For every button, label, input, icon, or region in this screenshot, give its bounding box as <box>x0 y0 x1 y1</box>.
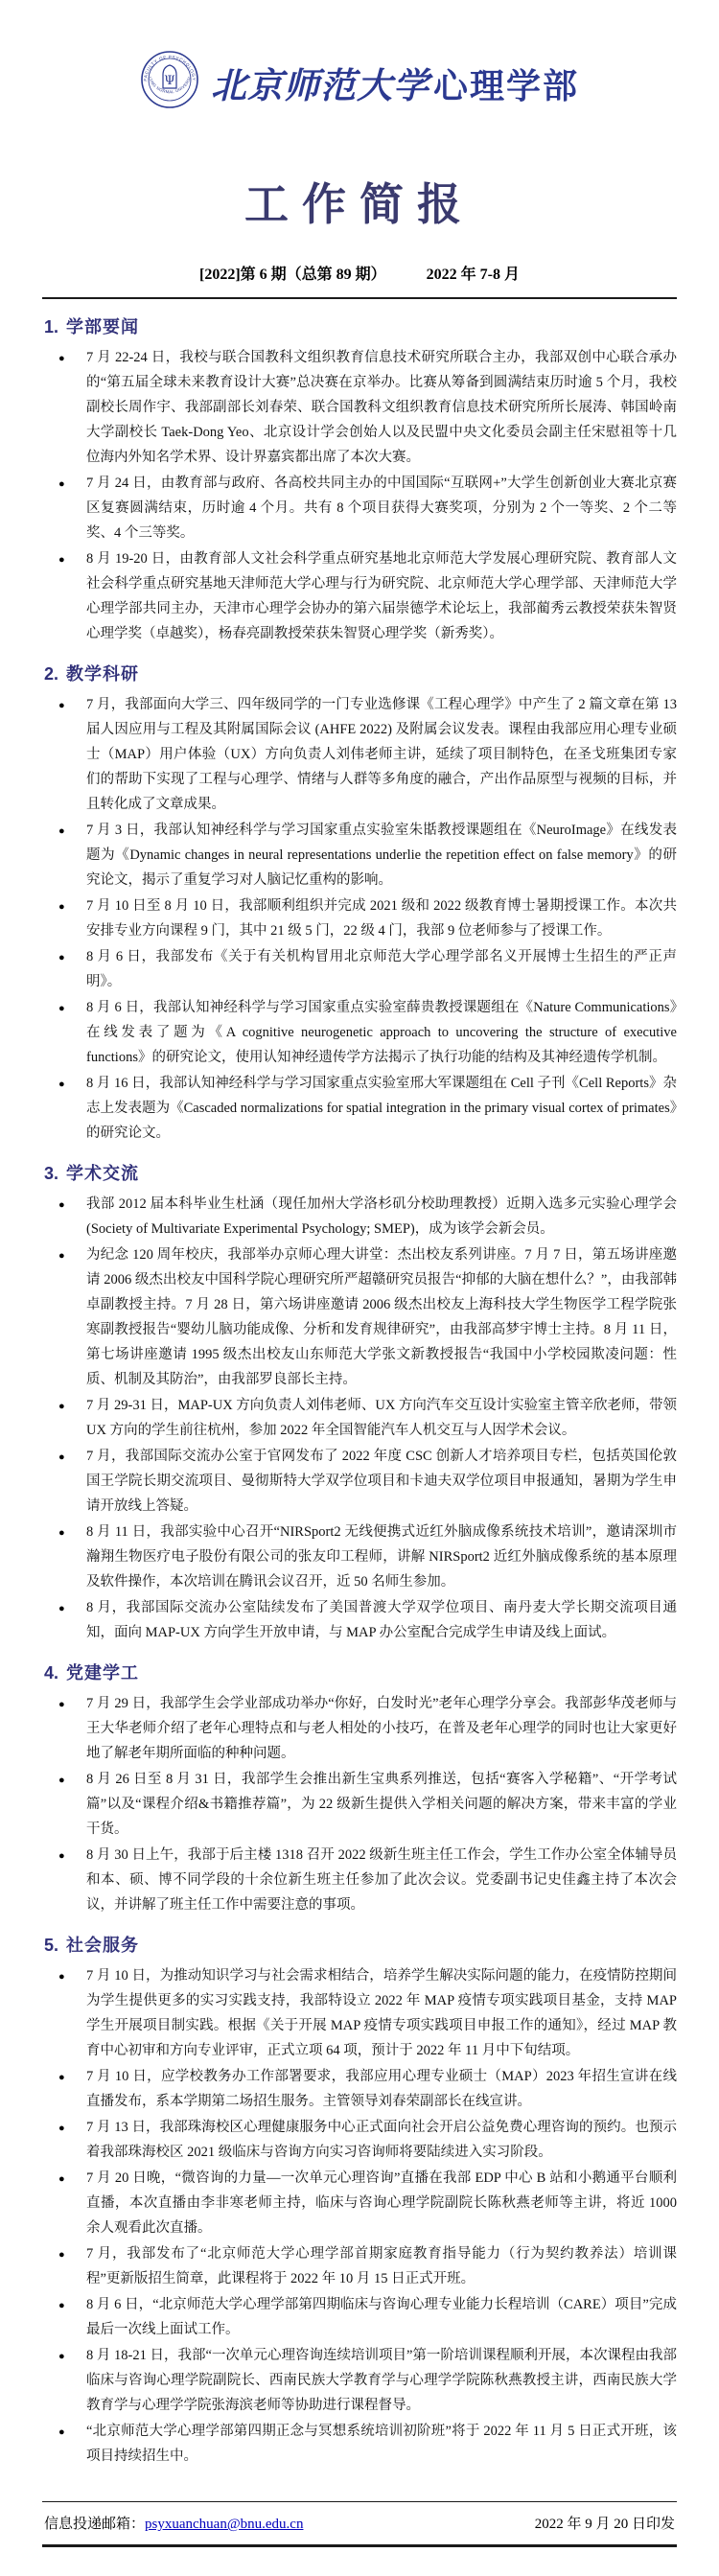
list-item-text: 为纪念 120 周年校庆，我部举办京师心理大讲堂：杰出校友系列讲座。7 月 7 … <box>86 1247 677 1387</box>
brand-bold-text: 心理学部 <box>433 67 579 106</box>
section-number: 4. <box>44 1663 58 1683</box>
list-item: ● 8 月 16 日，我部认知神经科学与学习国家重点实验室邢大军课题组在 Cel… <box>42 1071 677 1146</box>
list-item: ● 为纪念 120 周年校庆，我部举办京师心理大讲堂：杰出校友系列讲座。7 月 … <box>42 1242 677 1392</box>
list-item: ● 7 月 22-24 日，我校与联合国教科文组织教育信息技术研究所联合主办，我… <box>42 345 677 470</box>
section-title: 学术交流 <box>66 1164 139 1183</box>
section-number: 1. <box>44 317 58 337</box>
section-heading-jiaoxue-keyan: 2.教学科研 <box>44 661 677 685</box>
list-item-text: 8 月 6 日，“北京师范大学心理学部第四期临床与咨询心理专业能力长程培训（CA… <box>86 2297 677 2337</box>
list-item: ● 8 月 19-20 日，由教育部人文社会科学重点研究基地北京师范大学发展心理… <box>42 546 677 646</box>
list-item: ● 8 月 6 日，我部发布《关于有关机构冒用北京师范大学心理学部名义开展博士生… <box>42 944 677 994</box>
list-item-text: 8 月 18-21 日，我部“一次单元心理咨询连续培训项目”第一阶培训课程顺利开… <box>86 2348 677 2413</box>
list-item-text: 8 月 19-20 日，由教育部人文社会科学重点研究基地北京师范大学发展心理研究… <box>86 551 677 641</box>
masthead: FACULTY OF PSYCHOLOGY BEIJING NORMAL UNI… <box>42 50 677 114</box>
list-item-text: 7 月 29 日，我部学生会学业部成功举办“你好，白发时光”老年心理学分享会。我… <box>86 1696 677 1761</box>
bullet-icon: ● <box>58 1692 65 1717</box>
list-item: ● 7 月，我部面向大学三、四年级同学的一门专业选修课《工程心理学》中产生了 2… <box>42 692 677 817</box>
list-item: ● 7 月，我部发布了“北京师范大学心理学部首期家庭教育指导能力（行为契约教养法… <box>42 2241 677 2291</box>
list-item-text: 8 月 6 日，我部认知神经科学与学习国家重点实验室薛贵教授课题组在《Natur… <box>86 1000 677 1065</box>
print-date: 2022 年 9 月 20 日印发 <box>535 2513 675 2533</box>
issue-line: [2022]第 6 期（总第 89 期） 2022 年 7-8 月 <box>42 262 677 284</box>
bullet-icon: ● <box>58 996 65 1021</box>
bullet-icon: ● <box>58 547 65 572</box>
list-item-text: 8 月，我部国际交流办公室陆续发布了美国普渡大学双学位项目、南丹麦大学长期交流项… <box>86 1600 677 1640</box>
bullet-icon: ● <box>58 2065 65 2090</box>
footer: 信息投递邮箱：psyxuanchuan@bnu.edu.cn 2022 年 9 … <box>42 2502 677 2544</box>
footer-divider-thick <box>42 2544 677 2547</box>
list-item: ● 7 月 10 日，应学校教务办工作部署要求，我部应用心理专业硕士（MAP）2… <box>42 2064 677 2114</box>
list-item: ● 7 月 29-31 日，MAP-UX 方向负责人刘伟老师、UX 方向汽车交互… <box>42 1393 677 1443</box>
bullet-icon: ● <box>58 472 65 497</box>
bullet-icon: ● <box>58 346 65 371</box>
bullet-icon: ● <box>58 2420 65 2445</box>
bullet-icon: ● <box>58 2167 65 2192</box>
section-heading-dangjian-xuegong: 4.党建学工 <box>44 1659 677 1684</box>
bullet-icon: ● <box>58 2116 65 2141</box>
list-item-text: 8 月 30 日上午，我部于后主楼 1318 召开 2022 级新生班主任工作会… <box>86 1847 677 1913</box>
list-item-text: 7 月 10 日，应学校教务办工作部署要求，我部应用心理专业硕士（MAP）202… <box>86 2069 677 2109</box>
list-item: ● 7 月 13 日，我部珠海校区心理健康服务中心正式面向社会开启公益免费心理咨… <box>42 2115 677 2165</box>
list-item: ● 8 月，我部国际交流办公室陆续发布了美国普渡大学双学位项目、南丹麦大学长期交… <box>42 1595 677 1645</box>
list-item: ● “北京师范大学心理学部第四期正念与冥想系统培训初阶班”将于 2022 年 1… <box>42 2419 677 2469</box>
list-item: ● 7 月 10 日至 8 月 10 日，我部顺利组织并完成 2021 级和 2… <box>42 893 677 943</box>
section-heading-shehui-fuwu: 5.社会服务 <box>44 1932 677 1957</box>
section-number: 2. <box>44 664 58 684</box>
page-title: 工作简报 <box>42 170 677 233</box>
list-item: ● 8 月 18-21 日，我部“一次单元心理咨询连续培训项目”第一阶培训课程顺… <box>42 2343 677 2418</box>
list-item: ● 7 月 24 日，由教育部与政府、各高校共同主办的中国国际“互联网+”大学生… <box>42 471 677 545</box>
bullet-icon: ● <box>58 1193 65 1218</box>
bullet-icon: ● <box>58 1394 65 1419</box>
list-item: ● 7 月 29 日，我部学生会学业部成功举办“你好，白发时光”老年心理学分享会… <box>42 1691 677 1766</box>
section-number: 5. <box>44 1936 58 1955</box>
list-item: ● 8 月 6 日，“北京师范大学心理学部第四期临床与咨询心理专业能力长程培训（… <box>42 2292 677 2342</box>
bullet-icon: ● <box>58 1768 65 1793</box>
list-item-text: 7 月 20 日晚，“微咨询的力量—一次单元心理咨询”直播在我部 EDP 中心 … <box>86 2170 677 2236</box>
bullet-icon: ● <box>58 945 65 970</box>
bullet-icon: ● <box>58 2293 65 2318</box>
section-title: 教学科研 <box>66 664 139 684</box>
list-item-text: 7 月 3 日，我部认知神经科学与学习国家重点实验室朱甛教授课题组在《Neuro… <box>86 823 677 888</box>
bullet-icon: ● <box>58 1243 65 1268</box>
list-item-text: 7 月，我部发布了“北京师范大学心理学部首期家庭教育指导能力（行为契约教养法）培… <box>86 2246 677 2286</box>
section-number: 3. <box>44 1164 58 1183</box>
footer-email-block: 信息投递邮箱：psyxuanchuan@bnu.edu.cn <box>44 2513 303 2533</box>
list-item: ● 7 月，我部国际交流办公室于官网发布了 2022 年度 CSC 创新人才培养… <box>42 1444 677 1519</box>
list-item-text: 8 月 11 日，我部实验中心召开“NIRSport2 无线便携式近红外脑成像系… <box>86 1524 677 1590</box>
bullet-icon: ● <box>58 2344 65 2369</box>
list-item-text: 7 月 24 日，由教育部与政府、各高校共同主办的中国国际“互联网+”大学生创新… <box>86 476 677 541</box>
list-item-text: 7 月，我部国际交流办公室于官网发布了 2022 年度 CSC 创新人才培养项目… <box>86 1449 677 1514</box>
list-item-text: 7 月 10 日至 8 月 10 日，我部顺利组织并完成 2021 级和 202… <box>86 898 677 939</box>
bullet-icon: ● <box>58 1844 65 1868</box>
section-heading-xueshu-jiaoliu: 3.学术交流 <box>44 1160 677 1185</box>
bulletin-page: FACULTY OF PSYCHOLOGY BEIJING NORMAL UNI… <box>0 0 719 2576</box>
section-title: 党建学工 <box>66 1663 139 1683</box>
list-item-text: “北京师范大学心理学部第四期正念与冥想系统培训初阶班”将于 2022 年 11 … <box>86 2424 677 2464</box>
list-item-text: 8 月 16 日，我部认知神经科学与学习国家重点实验室邢大军课题组在 Cell … <box>86 1076 677 1141</box>
brand-script-text: 北京师范大学 <box>211 64 429 106</box>
list-item: ● 7 月 10 日，为推动知识学习与社会需求相结合，培养学生解决实际问题的能力… <box>42 1963 677 2063</box>
list-item: ● 7 月 3 日，我部认知神经科学与学习国家重点实验室朱甛教授课题组在《Neu… <box>42 818 677 893</box>
section-title: 社会服务 <box>66 1936 139 1955</box>
issue-period: 2022 年 7-8 月 <box>427 267 520 283</box>
bullet-icon: ● <box>58 1596 65 1621</box>
list-item-text: 我部 2012 届本科毕业生杜涵（现任加州大学洛杉矶分校助理教授）近期入选多元实… <box>86 1196 677 1237</box>
list-item: ● 7 月 20 日晚，“微咨询的力量—一次单元心理咨询”直播在我部 EDP 中… <box>42 2166 677 2240</box>
bullet-icon: ● <box>58 1445 65 1470</box>
list-item-text: 7 月 22-24 日，我校与联合国教科文组织教育信息技术研究所联合主办，我部双… <box>86 350 677 465</box>
list-item: ● 8 月 11 日，我部实验中心召开“NIRSport2 无线便携式近红外脑成… <box>42 1520 677 1594</box>
issue-number: [2022]第 6 期（总第 89 期） <box>199 267 386 283</box>
bullet-icon: ● <box>58 819 65 844</box>
section-title: 学部要闻 <box>66 317 139 337</box>
brand-wordmark: 北京师范大学 心理学部 <box>211 57 579 108</box>
list-item: ● 8 月 6 日，我部认知神经科学与学习国家重点实验室薛贵教授课题组在《Nat… <box>42 995 677 1070</box>
list-item: ● 8 月 30 日上午，我部于后主楼 1318 召开 2022 级新生班主任工… <box>42 1843 677 1917</box>
list-item-text: 8 月 26 日至 8 月 31 日，我部学生会推出新生宝典系列推送，包括“赛客… <box>86 1772 677 1837</box>
bullet-icon: ● <box>58 2242 65 2267</box>
email-link[interactable]: psyxuanchuan@bnu.edu.cn <box>145 2517 303 2532</box>
bullet-icon: ● <box>58 1964 65 1989</box>
section-heading-bumen-yaowen: 1.学部要闻 <box>44 313 677 338</box>
seal-psi-glyph: Ψ <box>164 74 174 88</box>
bullet-icon: ● <box>58 693 65 718</box>
header-divider <box>42 297 677 299</box>
email-label: 信息投递邮箱： <box>44 2517 145 2532</box>
bullet-icon: ● <box>58 1520 65 1545</box>
bullet-icon: ● <box>58 1072 65 1097</box>
list-item: ● 8 月 26 日至 8 月 31 日，我部学生会推出新生宝典系列推送，包括“… <box>42 1767 677 1842</box>
list-item-text: 8 月 6 日，我部发布《关于有关机构冒用北京师范大学心理学部名义开展博士生招生… <box>86 949 677 989</box>
list-item-text: 7 月，我部面向大学三、四年级同学的一门专业选修课《工程心理学》中产生了 2 篇… <box>86 697 677 812</box>
list-item-text: 7 月 10 日，为推动知识学习与社会需求相结合，培养学生解决实际问题的能力，在… <box>86 1968 677 2058</box>
university-seal-icon: FACULTY OF PSYCHOLOGY BEIJING NORMAL UNI… <box>140 50 199 114</box>
list-item-text: 7 月 29-31 日，MAP-UX 方向负责人刘伟老师、UX 方向汽车交互设计… <box>86 1398 677 1438</box>
bullet-icon: ● <box>58 894 65 919</box>
list-item-text: 7 月 13 日，我部珠海校区心理健康服务中心正式面向社会开启公益免费心理咨询的… <box>86 2120 677 2160</box>
list-item: ● 我部 2012 届本科毕业生杜涵（现任加州大学洛杉矶分校助理教授）近期入选多… <box>42 1192 677 1242</box>
